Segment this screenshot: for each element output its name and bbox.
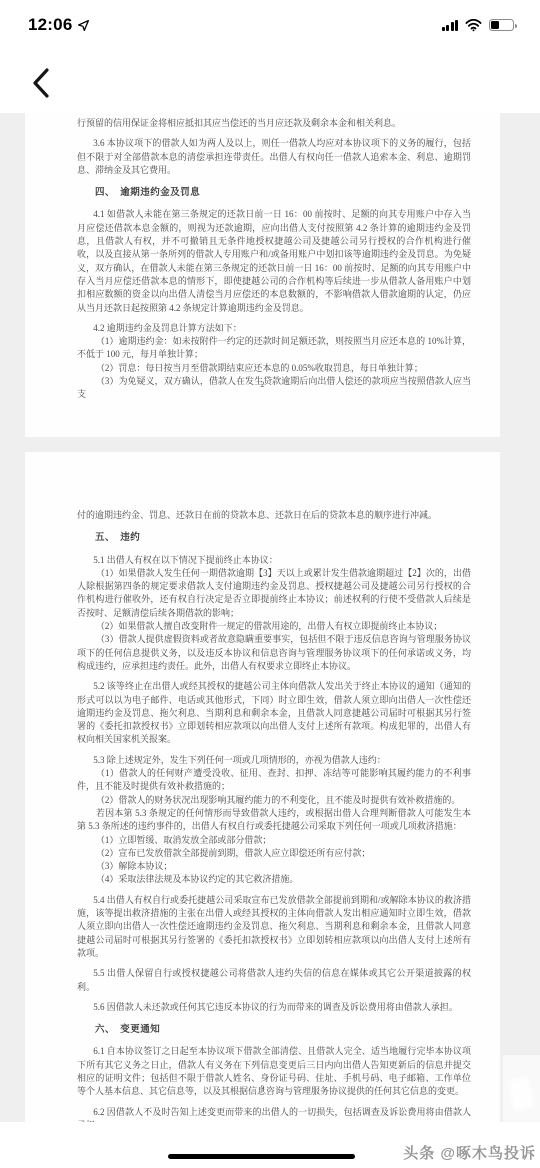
location-arrow-icon [77,19,90,32]
doc-paragraph: 5.1 出借人有权在以下情况下提前终止本协议： [77,554,471,567]
cellular-signal-icon [442,20,459,31]
status-left: 12:06 [28,15,90,35]
doc-paragraph: 5.6 因借款人未还款或任何其它违反本协议的行为而带来的调查及诉讼费用将由借款人… [77,1001,471,1014]
doc-paragraph: 付的逾期违约金、罚息、还款日在前的贷款本息、还款日在后的贷款本息的顺序进行冲减。 [77,509,471,522]
wifi-icon [465,19,482,32]
section-heading: 四、 逾期违约金及罚息 [77,187,471,200]
doc-paragraph: （1）借款人的任何财产遭受没收、征用、查封、扣押、冻结等可能影响其履约能力的不利… [77,767,471,794]
page-content: 付的逾期违约金、罚息、还款日在前的贷款本息、还款日在后的贷款本息的顺序进行冲减。… [77,509,471,1122]
clock: 12:06 [28,15,72,35]
doc-paragraph: （2）如果借款人擅自改变附件一规定的借款用途的，出借人有权立即提前终止本协议； [77,620,471,633]
back-button[interactable] [24,64,58,102]
status-right [442,19,515,32]
doc-paragraph: 若因本第 5.3 条规定的任何情形而导致借款人违约，或根据出借人合理判断借款人可… [77,807,471,834]
back-chevron-icon [32,68,50,98]
toutiao-watermark: 头条 @啄木鸟投诉 [403,1142,536,1163]
phone-screen: 12:06 [0,0,540,1168]
doc-paragraph: （2）罚息：每日按当月至借款期结束应还本息的 0.05%收取罚息，每日单独计算； [77,362,471,375]
watermark-artifact [503,1055,540,1122]
document-page-3: 付的逾期违约金、罚息、还款日在前的贷款本息、还款日在后的贷款本息的顺序进行冲减。… [25,452,500,1122]
page-number: 3 [25,1082,500,1095]
doc-paragraph: （3）解除本协议； [77,860,471,873]
doc-paragraph: 5.3 除上述规定外，发生下列任何一项或几项情形的，亦视为借款人违约： [77,754,471,767]
page-number: 2 [25,378,500,391]
section-heading: 五、 违约 [77,532,471,545]
doc-paragraph: 3.6 本协议项下的借款人如为两人及以上，则任一借款人均应对本协议项下的义务的履… [77,137,471,177]
document-viewer[interactable]: 行预留的信用保证金将相应抵扣其应当偿还的当月应还款及剩余本金和相关利息。3.6 … [0,113,540,1122]
doc-paragraph: （3）借款人提供虚假资料或者故意隐瞒重要事实，包括但不限于违反信息咨询与管理服务… [77,633,471,673]
status-bar: 12:06 [0,0,540,44]
section-heading: 六、 变更通知 [77,1024,471,1037]
page-content: 行预留的信用保证金将相应抵扣其应当偿还的当月应还款及剩余本金和相关利息。3.6 … [77,117,471,402]
home-indicator[interactable] [168,1154,355,1160]
doc-paragraph: （1）立即暂缓、取消发放全部或部分借款； [77,834,471,847]
doc-paragraph: （1）逾期违约金：如未按附件一约定的还款时间足额还款，则按照当月应还本息的 10… [77,335,471,362]
doc-paragraph: 行预留的信用保证金将相应抵扣其应当偿还的当月应还款及剩余本金和相关利息。 [77,117,471,130]
doc-paragraph: （2）宣布已发放借款全部提前到期，借款人应立即偿还所有应付款； [77,847,471,860]
battery-nub [515,24,517,28]
doc-paragraph: 5.4 出借人有权自行或委托捷越公司采取宣布已发放借款全部提前到期和/或解除本协… [77,894,471,960]
doc-paragraph: （1）如果借款人发生任何一期借款逾期【3】天以上或累计发生借款逾期超过【2】次的… [77,567,471,620]
doc-paragraph: 6.2 因借款人不及时告知上述变更而带来的出借人的一切损失，包括调查及诉讼费用将… [77,1106,471,1122]
doc-paragraph: 4.1 如借款人未能在第三条规定的还款日前一日 16：00 前按时、足额的向其专… [77,208,471,314]
battery-fill [491,21,499,29]
battery-icon [489,19,514,31]
doc-paragraph: （4）采取法律法规及本协议约定的其它救济措施。 [77,873,471,886]
document-page-2: 行预留的信用保证金将相应抵扣其应当偿还的当月应还款及剩余本金和相关利息。3.6 … [25,113,500,437]
doc-paragraph: 4.2 逾期违约金及罚息计算方法如下： [77,322,471,335]
doc-paragraph: （2）借款人的财务状况出现影响其履约能力的不利变化，且不能及时提供有效补救措施的… [77,794,471,807]
doc-paragraph: 5.5 出借人保留自行或授权捷越公司将借款人违约失信的信息在媒体或其它公开渠道披… [77,967,471,994]
doc-paragraph: 5.2 该等终止在出借人或经其授权的捷越公司主体向借款人发出关于终止本协议的通知… [77,680,471,746]
